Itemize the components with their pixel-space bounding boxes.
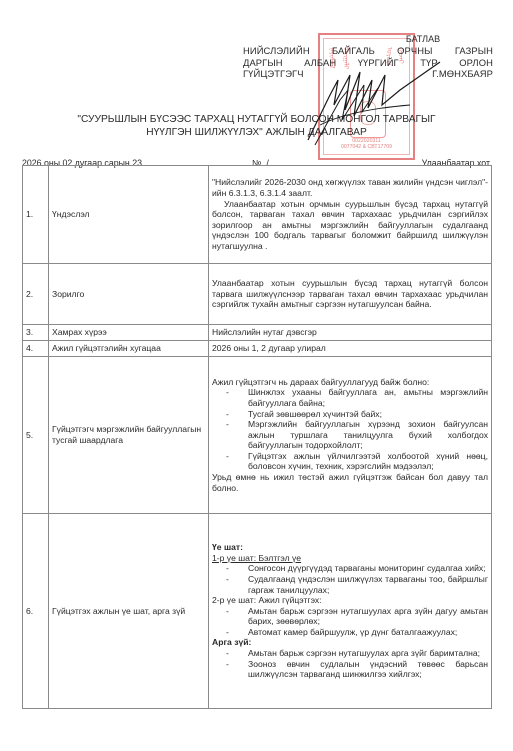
- row-number: 2.: [23, 264, 49, 325]
- row-content: Улаанбаатар хотын суурьшлын бүсэд тархац…: [209, 264, 492, 325]
- row-number: 3.: [23, 325, 49, 341]
- requirements-note: Урьд өмнө нь ижил төстэй ажил гүйцэтгэж …: [212, 472, 488, 493]
- requirements-intro: Ажил гүйцэтгэгч нь дараах байгууллагууд …: [212, 377, 488, 388]
- row-content: 2026 оны 1, 2 дугаар улирал: [209, 341, 492, 357]
- row-content: Үе шат: 1-р үе шат: Бэлтгэл үе Сонгосон …: [209, 514, 492, 709]
- approval-line-2: ДАРГЫН АЛБАН ҮҮРГИЙГ ТҮР ОРЛОН: [243, 57, 493, 69]
- approval-word: ОРЛОН: [459, 57, 493, 69]
- approval-word: НИЙСЛЭЛИЙН: [243, 45, 310, 57]
- row-number: 5.: [23, 357, 49, 514]
- list-item: Тусгай зөвшөөрөл хүчинтэй байх;: [248, 409, 488, 420]
- row-label: Хамрах хүрээ: [49, 325, 209, 341]
- list-item: Мэргэжлийн байгууллагын хүрээнд зохион б…: [248, 419, 488, 451]
- approval-word: ОРЧНЫ: [397, 45, 432, 57]
- stage-1-heading: 1-р үе шат: Бэлтгэл үе: [212, 553, 488, 564]
- table-row: 2. Зорилго Улаанбаатар хотын суурьшлын б…: [23, 264, 492, 325]
- method-list: Амьтан барьж сэргээн нутагшуулах арга зү…: [212, 648, 488, 680]
- stages-heading: Үе шат:: [212, 542, 488, 553]
- table-row: 3. Хамрах хүрээ Нийслэлийн нутаг дэвсгэр: [23, 325, 492, 341]
- paragraph: Улаанбаатар хотын орчмын суурьшлын бүсэд…: [212, 199, 488, 252]
- method-heading: Арга зүй:: [212, 637, 488, 648]
- table-row: 6. Гүйцэтгэх ажлын үе шат, арга зүй Үе ш…: [23, 514, 492, 709]
- approval-word: АЛБАН: [304, 57, 336, 69]
- task-table: 1. Үндэслэл "Нийслэлийг 2026-2030 онд хө…: [22, 165, 492, 709]
- approval-word: ГҮЙЦЭТГЭГЧ: [243, 68, 304, 80]
- stamp-number: 0077042 & СВТ17709: [320, 144, 413, 150]
- row-label: Ажил гүйцэтгэлийн хугацаа: [49, 341, 209, 357]
- stage-1-list: Сонгосон дүүргүүдэд тарваганы мониторинг…: [212, 563, 488, 595]
- list-item: Зооноз өвчин судлалын үндэсний төвөөс ба…: [248, 659, 488, 680]
- list-item: Амьтан барьж сэргээн нутагшуулах арга зү…: [248, 606, 488, 627]
- approval-word: ДАРГЫН: [243, 57, 283, 69]
- requirements-list: Шинжлэх ухааны байгууллага ан, амьтны мэ…: [212, 387, 488, 472]
- list-item: Шинжлэх ухааны байгууллага ан, амьтны мэ…: [248, 387, 488, 408]
- approval-title: БАТЛАВ: [243, 34, 493, 45]
- approval-block: БАТЛАВ НИЙСЛЭЛИЙН БАЙГАЛЬ ОРЧНЫ ГАЗРЫН Д…: [243, 34, 493, 80]
- stage-2-heading: 2-р үе шат: Ажил гүйцэтгэх:: [212, 595, 488, 606]
- approval-line-3: ГҮЙЦЭТГЭГЧ Г.МӨНХБАЯР: [243, 68, 493, 80]
- row-label: Үндэслэл: [49, 166, 209, 264]
- row-number: 4.: [23, 341, 49, 357]
- approval-word: ТҮР: [420, 57, 438, 69]
- approval-word: БАЙГАЛЬ: [332, 45, 375, 57]
- table-row: 1. Үндэслэл "Нийслэлийг 2026-2030 онд хө…: [23, 166, 492, 264]
- approval-word: ГАЗРЫН: [455, 45, 493, 57]
- row-content: Ажил гүйцэтгэгч нь дараах байгууллагууд …: [209, 357, 492, 514]
- approval-signer-name: Г.МӨНХБАЯР: [432, 68, 493, 80]
- row-label: Зорилго: [49, 264, 209, 325]
- approval-line-1: НИЙСЛЭЛИЙН БАЙГАЛЬ ОРЧНЫ ГАЗРЫН: [243, 45, 493, 57]
- stage-2-list: Амьтан барьж сэргээн нутагшуулах арга зү…: [212, 606, 488, 638]
- list-item: Амьтан барьж сэргээн нутагшуулах арга зү…: [248, 648, 488, 659]
- list-item: Гүйцэтгэх ажлын үйлчилгээтэй холбоотой х…: [248, 451, 488, 472]
- paragraph: "Нийслэлийг 2026-2030 онд хөгжүүлэх тава…: [212, 177, 488, 198]
- table-row: 4. Ажил гүйцэтгэлийн хугацаа 2026 оны 1,…: [23, 341, 492, 357]
- row-label: Гүйцэтгэх ажлын үе шат, арга зүй: [49, 514, 209, 709]
- row-label: Гүйцэтгэгч мэргэжлийн байгууллагын тусга…: [49, 357, 209, 514]
- approval-word: ҮҮРГИЙГ: [358, 57, 399, 69]
- list-item: Автомат камер байршуулж, үр дүнг баталга…: [248, 627, 488, 638]
- table-row: 5. Гүйцэтгэгч мэргэжлийн байгууллагын ту…: [23, 357, 492, 514]
- row-number: 6.: [23, 514, 49, 709]
- row-content: Нийслэлийн нутаг дэвсгэр: [209, 325, 492, 341]
- document-title: "СУУРЬШЛЫН БҮСЭЭС ТАРХАЦ НУТАГГҮЙ БОЛСОН…: [0, 114, 513, 139]
- row-number: 1.: [23, 166, 49, 264]
- row-content: "Нийслэлийг 2026-2030 онд хөгжүүлэх тава…: [209, 166, 492, 264]
- document-title-line-1: "СУУРЬШЛЫН БҮСЭЭС ТАРХАЦ НУТАГГҮЙ БОЛСОН…: [0, 114, 513, 127]
- list-item: Судалгаанд үндэслэн шилжүүлэх тарваганы …: [248, 574, 488, 595]
- list-item: Сонгосон дүүргүүдэд тарваганы мониторинг…: [248, 563, 488, 574]
- document-title-line-2: НҮҮЛГЭН ШИЛЖҮҮЛЭХ" АЖЛЫН ДААЛГАВАР: [0, 127, 513, 140]
